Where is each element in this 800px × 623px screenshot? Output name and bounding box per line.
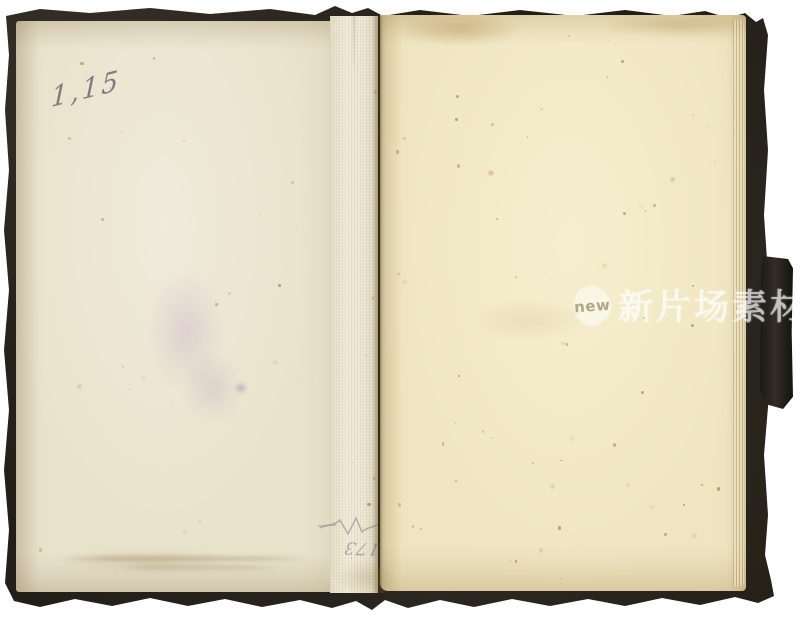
right-page bbox=[380, 15, 746, 591]
gutter-shadow bbox=[372, 16, 386, 593]
cover-strap-tab bbox=[760, 256, 793, 409]
stacked-page-edges bbox=[733, 20, 744, 586]
spine-binding-cloth bbox=[330, 16, 378, 593]
photo-open-antique-book: { "image": { "subject": "Open antique bo… bbox=[0, 0, 800, 623]
pencil-page-number-upside-down: 173 bbox=[342, 537, 382, 559]
squiggle-icon bbox=[318, 514, 380, 540]
